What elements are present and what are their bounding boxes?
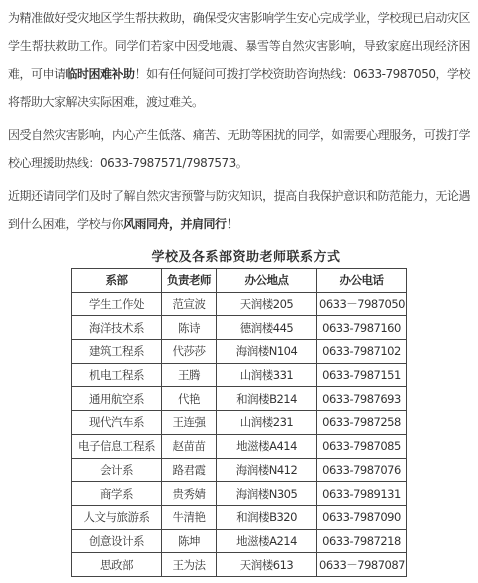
office-cell: 地滋楼A414 [217, 434, 317, 458]
department-cell: 创意设计系 [72, 529, 162, 553]
teacher-cell: 赵苗苗 [162, 434, 217, 458]
phone-cell: 0633-7987090 [317, 505, 407, 529]
document-body: 为精准做好受灾地区学生帮扶救助，确保受灾害影响学生安心完成学业，学校现已启动灾区… [0, 0, 478, 577]
column-header: 系部 [72, 269, 162, 293]
office-cell: 海润楼N412 [217, 458, 317, 482]
teacher-cell: 陈坤 [162, 529, 217, 553]
text-run: 因受自然灾害影响，内心产生低落、痛苦、无助等困扰的同学，如需要心理服务，可拨打学… [8, 128, 470, 170]
office-cell: 德润楼445 [217, 316, 317, 340]
office-cell: 天润楼613 [217, 553, 317, 577]
phone-cell: 0633－7987050 [317, 292, 407, 316]
office-cell: 地滋楼A214 [217, 529, 317, 553]
teacher-cell: 王为法 [162, 553, 217, 577]
paragraph-safety-reminder: 近期还请同学们及时了解自然灾害预警与防灾知识，提高自我保护意识和防范能力，无论遇… [8, 182, 470, 238]
phone-cell: 0633-7987258 [317, 411, 407, 435]
department-cell: 人文与旅游系 [72, 505, 162, 529]
department-cell: 通用航空系 [72, 387, 162, 411]
table-header-row: 系部负责老师办公地点办公电话 [72, 269, 407, 293]
office-cell: 山润楼231 [217, 411, 317, 435]
teacher-cell: 王连强 [162, 411, 217, 435]
phone-cell: 0633-7987076 [317, 458, 407, 482]
text-run: 近期还请同学们及时了解自然灾害预警与防灾知识，提高自我保护意识和防范能力，无论遇… [8, 189, 470, 231]
contact-table: 系部负责老师办公地点办公电话 学生工作处范宣波天润楼2050633－798705… [71, 268, 407, 577]
table-row: 思政部王为法天润楼6130633－7987087 [72, 553, 407, 577]
text-run-bold: 风雨同舟，并肩同行 [123, 217, 227, 231]
department-cell: 建筑工程系 [72, 340, 162, 364]
teacher-cell: 陈诗 [162, 316, 217, 340]
department-cell: 现代汽车系 [72, 411, 162, 435]
table-row: 机电工程系王腾山润楼3310633-7987151 [72, 363, 407, 387]
department-cell: 海洋技术系 [72, 316, 162, 340]
office-cell: 和润楼B214 [217, 387, 317, 411]
phone-cell: 0633-7987151 [317, 363, 407, 387]
table-row: 会计系路君霞海润楼N4120633-7987076 [72, 458, 407, 482]
office-cell: 海润楼N104 [217, 340, 317, 364]
text-run: ！ [227, 217, 239, 231]
table-row: 海洋技术系陈诗德润楼4450633-7987160 [72, 316, 407, 340]
teacher-cell: 王腾 [162, 363, 217, 387]
table-row: 学生工作处范宣波天润楼2050633－7987050 [72, 292, 407, 316]
phone-cell: 0633-7987693 [317, 387, 407, 411]
office-cell: 山润楼331 [217, 363, 317, 387]
table-row: 创意设计系陈坤地滋楼A2140633-7987218 [72, 529, 407, 553]
text-run-bold: 临时困难补助 [66, 67, 135, 81]
teacher-cell: 贵秀婧 [162, 482, 217, 506]
teacher-cell: 范宣波 [162, 292, 217, 316]
column-header: 办公电话 [317, 269, 407, 293]
office-cell: 和润楼B320 [217, 505, 317, 529]
table-title: 学校及各系部资助老师联系方式 [22, 246, 470, 265]
office-cell: 海润楼N305 [217, 482, 317, 506]
phone-cell: 0633－7987087 [317, 553, 407, 577]
phone-cell: 0633-7987160 [317, 316, 407, 340]
department-cell: 机电工程系 [72, 363, 162, 387]
table-row: 现代汽车系王连强山润楼2310633-7987258 [72, 411, 407, 435]
column-header: 负责老师 [162, 269, 217, 293]
department-cell: 商学系 [72, 482, 162, 506]
table-row: 通用航空系代艳和润楼B2140633-7987693 [72, 387, 407, 411]
table-row: 人文与旅游系牛清艳和润楼B3200633-7987090 [72, 505, 407, 529]
teacher-cell: 牛清艳 [162, 505, 217, 529]
table-row: 建筑工程系代莎莎海润楼N1040633-7987102 [72, 340, 407, 364]
teacher-cell: 路君霞 [162, 458, 217, 482]
phone-cell: 0633-7989131 [317, 482, 407, 506]
column-header: 办公地点 [217, 269, 317, 293]
phone-cell: 0633-7987102 [317, 340, 407, 364]
teacher-cell: 代莎莎 [162, 340, 217, 364]
phone-cell: 0633-7987218 [317, 529, 407, 553]
paragraph-relief-notice: 为精准做好受灾地区学生帮扶救助，确保受灾害影响学生安心完成学业，学校现已启动灾区… [8, 4, 470, 116]
office-cell: 天润楼205 [217, 292, 317, 316]
table-row: 电子信息工程系赵苗苗地滋楼A4140633-7987085 [72, 434, 407, 458]
phone-cell: 0633-7987085 [317, 434, 407, 458]
department-cell: 思政部 [72, 553, 162, 577]
table-row: 商学系贵秀婧海润楼N3050633-7989131 [72, 482, 407, 506]
department-cell: 学生工作处 [72, 292, 162, 316]
department-cell: 电子信息工程系 [72, 434, 162, 458]
department-cell: 会计系 [72, 458, 162, 482]
paragraph-psych-hotline: 因受自然灾害影响，内心产生低落、痛苦、无助等困扰的同学，如需要心理服务，可拨打学… [8, 121, 470, 177]
teacher-cell: 代艳 [162, 387, 217, 411]
